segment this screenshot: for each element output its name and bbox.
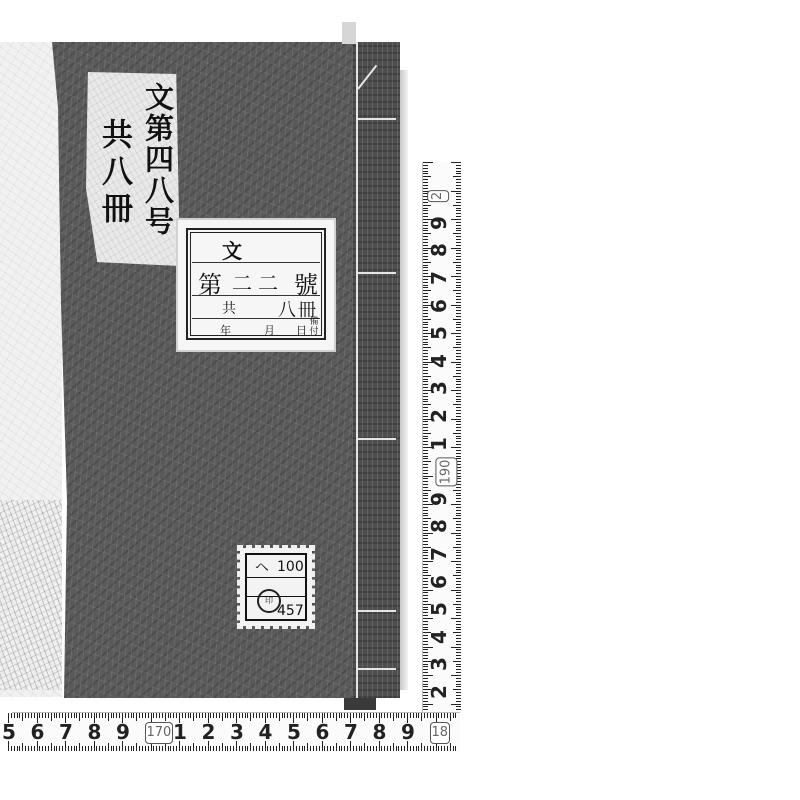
ruler-tick — [456, 441, 461, 442]
ruler-tick — [393, 713, 394, 721]
ruler-tick — [404, 713, 405, 718]
ruler-tick — [456, 350, 461, 351]
ruler-tick — [148, 713, 149, 718]
ruler-tick — [456, 578, 461, 579]
ruler-tick — [451, 248, 461, 249]
ruler-tick — [423, 467, 428, 468]
ruler-tick — [456, 607, 461, 608]
ruler-tick — [456, 253, 461, 254]
ruler-tick — [456, 524, 461, 525]
ruler-tick — [423, 399, 428, 400]
ruler-tick — [423, 373, 428, 374]
ruler-tick — [290, 713, 291, 718]
ruler-tick — [91, 746, 92, 751]
ruler-tick — [456, 678, 461, 679]
ruler-tick — [423, 267, 428, 268]
ruler-tick — [450, 713, 451, 721]
ruler-tick — [423, 513, 428, 514]
ruler-tick — [102, 713, 103, 718]
ruler-tick — [423, 424, 428, 425]
ruler-tick — [259, 746, 260, 751]
ruler-tick — [456, 324, 461, 325]
ruler-tick — [102, 746, 103, 751]
ruler-tick — [453, 490, 461, 491]
ruler-tick — [48, 713, 49, 718]
ruler-tick — [456, 373, 461, 374]
ruler-tick — [456, 515, 461, 516]
ruler-tick — [456, 635, 461, 636]
ruler-tick — [148, 746, 149, 751]
label-note: 備付 — [308, 317, 320, 337]
ruler-tick — [453, 290, 461, 291]
ruler-label: 3 — [429, 657, 449, 671]
label-day: 日 — [296, 322, 307, 338]
ruler-tick — [423, 376, 431, 377]
ruler-tick — [456, 182, 461, 183]
scanned-book-image: 文第四八号 共八冊 文 第 二 二 號 共 八冊 年 月 日 備付 — [0, 0, 800, 800]
ruler-tick — [456, 299, 461, 300]
ruler-tick — [441, 713, 442, 718]
ruler-tick — [273, 713, 274, 718]
ruler-tick — [131, 713, 132, 718]
ruler-tick — [373, 713, 374, 718]
ruler-tick — [227, 746, 228, 751]
binding-thread — [356, 610, 396, 612]
ruler-tick — [128, 746, 129, 751]
ruler-tick — [119, 713, 120, 718]
ruler-tick — [421, 713, 422, 721]
ruler-tick — [25, 713, 26, 718]
ruler-tick — [176, 746, 177, 751]
ruler-tick — [62, 746, 63, 751]
ruler-tick — [456, 367, 461, 368]
ruler-tick — [423, 213, 428, 214]
ruler-tick — [88, 746, 89, 751]
ruler-tick — [451, 533, 461, 534]
ruler-label: 4 — [429, 354, 449, 368]
ruler-tick — [361, 713, 362, 718]
ruler-tick — [31, 713, 32, 718]
ruler-tick — [456, 199, 461, 200]
ruler-tick — [451, 590, 461, 591]
ruler-tick — [25, 746, 26, 751]
ruler-tick — [344, 713, 345, 718]
ruler-tick — [456, 228, 461, 229]
ruler-tick — [456, 493, 461, 494]
ruler-tick — [438, 713, 439, 718]
ruler-tick — [456, 322, 461, 323]
ruler-tick — [456, 401, 461, 402]
ruler-tick — [17, 713, 18, 718]
ruler-tick — [451, 675, 461, 676]
ruler-tick — [88, 713, 89, 718]
ruler-tick — [193, 713, 194, 721]
ruler-label: 3 — [429, 381, 449, 395]
ruler-tick — [85, 746, 86, 751]
ruler-tick — [423, 205, 431, 206]
ruler-tick — [296, 713, 297, 718]
ruler-tick — [453, 661, 461, 662]
ruler-tick — [319, 713, 320, 718]
label-row-date: 年 月 日 備付 — [192, 319, 320, 339]
ruler-tick — [404, 746, 405, 751]
ruler-tick — [304, 746, 305, 751]
ruler-tick — [14, 713, 15, 718]
label-row-number: 第 二 二 號 — [192, 263, 320, 296]
ruler-tick — [62, 713, 63, 718]
ruler-tick — [451, 219, 461, 220]
ruler-tick — [456, 544, 461, 545]
ruler-tick — [56, 713, 57, 718]
ruler-tick — [441, 746, 442, 751]
ruler-tick — [456, 615, 461, 616]
ruler-label: 9 — [116, 722, 130, 742]
ruler-tick — [401, 713, 402, 718]
ruler-label: 9 — [429, 492, 449, 506]
ruler-tick — [396, 713, 397, 718]
ruler-tick — [456, 236, 461, 237]
ruler-tick — [423, 208, 428, 209]
ruler-tick — [225, 713, 226, 718]
ruler-tick — [364, 743, 365, 751]
ruler-label: 5 — [287, 722, 301, 742]
ruler-tick — [451, 419, 461, 420]
label-year: 年 — [220, 322, 231, 338]
ruler-tick — [423, 481, 428, 482]
ruler-tick — [423, 319, 431, 320]
ruler-tick — [373, 746, 374, 751]
ruler-tick — [451, 390, 461, 391]
ruler-tick — [456, 193, 461, 194]
ruler-tick — [384, 746, 385, 751]
book-spine — [352, 42, 400, 698]
ruler-tick — [453, 433, 461, 434]
ruler-tick — [456, 416, 461, 417]
ruler-tick — [424, 713, 425, 718]
ruler-tick — [456, 501, 461, 502]
ruler-tick — [423, 706, 428, 707]
ruler-tick — [423, 165, 428, 166]
ruler-label: 7 — [429, 547, 449, 561]
ruler-label: 2 — [427, 190, 449, 202]
ruler-tick — [456, 259, 461, 260]
ruler-tick — [262, 746, 263, 751]
ruler-tick — [423, 427, 428, 428]
seal-stamp-icon: 印 — [257, 589, 281, 613]
ruler-tick — [423, 322, 428, 323]
ruler-tick — [456, 521, 461, 522]
ruler-tick — [453, 518, 461, 519]
ruler-tick — [451, 276, 461, 277]
ruler-tick — [105, 713, 106, 718]
ruler-tick — [76, 713, 77, 718]
label-number-suffix: 號 — [294, 265, 318, 300]
ruler-tick — [423, 259, 428, 260]
ruler-tick — [307, 743, 308, 751]
ruler-tick — [423, 171, 428, 172]
ruler-tick — [71, 746, 72, 751]
ruler-tick — [456, 564, 461, 565]
ruler-tick — [188, 746, 189, 751]
ruler-tick — [256, 713, 257, 718]
ruler-tick — [185, 713, 186, 718]
ruler-tick — [14, 746, 15, 751]
ruler-tick — [418, 746, 419, 751]
label-frame: 文 第 二 二 號 共 八冊 年 月 日 備付 — [186, 228, 326, 340]
ruler-tick — [199, 746, 200, 751]
ruler-tick — [423, 675, 433, 676]
ruler-tick — [453, 547, 461, 548]
ruler-label: 7 — [344, 722, 358, 742]
ruler-tick — [456, 250, 461, 251]
binding-thread — [356, 118, 396, 120]
ruler-tick — [423, 262, 431, 263]
ruler-tick — [423, 590, 433, 591]
ruler-tick — [456, 310, 461, 311]
ruler-tick — [423, 647, 433, 648]
ruler-tick — [139, 713, 140, 718]
ruler-tick — [456, 313, 461, 314]
ruler-tick — [290, 746, 291, 751]
ruler-tick — [310, 746, 311, 751]
ruler-tick — [250, 713, 251, 721]
ruler-tick — [453, 604, 461, 605]
sticker-classification: ヘ — [255, 557, 269, 577]
ruler-tick — [168, 713, 169, 718]
ruler-label: 4 — [259, 722, 273, 742]
ruler-tick — [456, 692, 461, 693]
ruler-tick — [456, 709, 461, 710]
ruler-tick — [456, 487, 461, 488]
ruler-tick — [398, 713, 399, 718]
ruler-tick — [423, 433, 431, 434]
ruler-label: 7 — [59, 722, 73, 742]
ruler-tick — [456, 359, 461, 360]
ruler-tick — [423, 168, 428, 169]
ruler-tick — [145, 713, 146, 718]
spine-edge — [400, 70, 408, 690]
ruler-tick — [456, 316, 461, 317]
ruler-tick — [456, 672, 461, 673]
ruler-tick — [111, 713, 112, 718]
ruler-tick — [302, 713, 303, 718]
ruler-tick — [387, 713, 388, 718]
label-number-digit-1: 二 — [232, 267, 252, 296]
binding-thread — [356, 272, 396, 274]
ruler-tick — [423, 510, 428, 511]
ruler-tick — [11, 746, 12, 751]
ruler-tick — [28, 746, 29, 751]
ruler-label: 190 — [435, 458, 457, 487]
ruler-tick — [210, 746, 211, 751]
ruler-tick — [423, 316, 428, 317]
ruler-tick — [51, 743, 52, 751]
ruler-tick — [423, 544, 428, 545]
ruler-tick — [196, 713, 197, 718]
ruler-tick — [273, 746, 274, 751]
ruler-tick — [159, 746, 160, 751]
ruler-tick — [393, 743, 394, 751]
ruler-tick — [59, 713, 60, 718]
ruler-tick — [451, 305, 461, 306]
ruler-tick — [456, 649, 461, 650]
ruler-tick — [279, 743, 280, 751]
ruler-tick — [456, 535, 461, 536]
ruler-tick — [182, 713, 183, 718]
ruler-tick — [456, 658, 461, 659]
ruler-tick — [213, 746, 214, 751]
ruler-tick — [361, 746, 362, 751]
ruler-tick — [423, 290, 431, 291]
ruler-tick — [136, 743, 137, 751]
ruler-tick — [456, 307, 461, 308]
ruler-tick — [456, 185, 461, 186]
ruler-tick — [142, 713, 143, 718]
ruler-tick — [330, 713, 331, 718]
ruler-tick — [381, 746, 382, 751]
ruler-tick — [423, 627, 428, 628]
ruler-tick — [105, 746, 106, 751]
ruler-tick — [456, 510, 461, 511]
ruler-label: 6 — [429, 299, 449, 313]
ruler-tick — [456, 210, 461, 211]
ruler-tick — [423, 598, 428, 599]
ruler-tick — [76, 746, 77, 751]
ruler-tick — [423, 350, 428, 351]
ruler-label: 8 — [429, 243, 449, 257]
ruler-tick — [190, 713, 191, 718]
ruler-tick — [330, 746, 331, 751]
ruler-label: 6 — [316, 722, 330, 742]
ruler-tick — [185, 746, 186, 751]
ruler-tick — [455, 746, 456, 751]
ruler-tick — [423, 652, 428, 653]
ruler-tick — [456, 555, 461, 556]
ruler-tick — [139, 746, 140, 751]
ruler-tick — [423, 470, 428, 471]
ruler-tick — [423, 570, 428, 571]
ruler-tick — [111, 746, 112, 751]
ruler-tick — [176, 713, 177, 718]
ruler-tick — [456, 265, 461, 266]
ruler-tick — [423, 239, 428, 240]
ruler-tick — [456, 592, 461, 593]
ruler-tick — [74, 746, 75, 751]
ruler-tick — [304, 713, 305, 718]
ruler-tick — [456, 430, 461, 431]
ruler-tick — [456, 624, 461, 625]
ruler-tick — [99, 713, 100, 718]
ruler-label: 5 — [2, 722, 16, 742]
ruler-tick — [276, 746, 277, 751]
ruler-tick — [456, 438, 461, 439]
ruler-tick — [456, 399, 461, 400]
ruler-tick — [453, 632, 461, 633]
ruler-tick — [456, 421, 461, 422]
ruler-tick — [384, 713, 385, 718]
ruler-label: 6 — [31, 722, 45, 742]
ruler-label: 9 — [401, 722, 415, 742]
ruler-tick — [453, 262, 461, 263]
ruler-tick — [456, 655, 461, 656]
ruler-tick — [453, 689, 461, 690]
bottom-tab — [344, 698, 376, 710]
ruler-tick — [156, 746, 157, 751]
ruler-tick — [451, 333, 461, 334]
ruler-tick — [341, 713, 342, 718]
ruler-tick — [451, 504, 461, 505]
ruler-tick — [453, 319, 461, 320]
ruler-tick — [423, 535, 428, 536]
ruler-tick — [313, 746, 314, 751]
ruler-label: 8 — [88, 722, 102, 742]
ruler-tick — [51, 713, 52, 721]
ruler-tick — [28, 713, 29, 718]
title-slip-column-2: 共八冊 — [92, 118, 137, 229]
ruler-tick — [302, 746, 303, 751]
ruler-tick — [327, 746, 328, 751]
ruler-tick — [456, 695, 461, 696]
ruler-tick — [456, 230, 461, 231]
ruler-tick — [34, 713, 35, 718]
ruler-tick — [456, 638, 461, 639]
ruler-label: 8 — [373, 722, 387, 742]
ruler-tick — [71, 713, 72, 718]
ruler-tick — [456, 188, 461, 189]
ruler-tick — [279, 713, 280, 721]
ruler-tick — [247, 713, 248, 718]
ruler-tick — [423, 624, 428, 625]
ruler-tick — [451, 561, 461, 562]
ruler-tick — [456, 495, 461, 496]
ruler-tick — [253, 746, 254, 751]
ruler-tick — [456, 339, 461, 340]
ruler-tick — [444, 713, 445, 718]
label-category: 文 — [222, 235, 242, 264]
catalog-label: 文 第 二 二 號 共 八冊 年 月 日 備付 — [178, 220, 334, 350]
ruler-tick — [423, 162, 433, 163]
label-number-prefix: 第 — [198, 265, 222, 300]
ruler-tick — [456, 684, 461, 685]
ruler-tick — [456, 587, 461, 588]
ruler-tick — [418, 713, 419, 718]
ruler-tick — [296, 746, 297, 751]
ruler-tick — [423, 379, 428, 380]
ruler-tick — [339, 746, 340, 751]
ruler-tick — [42, 713, 43, 718]
ruler-tick — [456, 498, 461, 499]
ruler-tick — [11, 713, 12, 718]
ruler-tick — [456, 273, 461, 274]
ruler-tick — [423, 202, 428, 203]
ruler-tick — [456, 427, 461, 428]
top-tab — [342, 22, 356, 44]
ruler-tick — [119, 746, 120, 751]
ruler-tick — [456, 706, 461, 707]
ruler-tick — [287, 713, 288, 718]
ruler-tick — [456, 168, 461, 169]
ruler-tick — [96, 713, 97, 718]
ruler-tick — [456, 581, 461, 582]
ruler-tick — [423, 401, 428, 402]
ruler-tick — [456, 302, 461, 303]
ruler-tick — [456, 296, 461, 297]
ruler-tick — [188, 713, 189, 718]
ruler-tick — [427, 746, 428, 751]
ruler-tick — [68, 713, 69, 718]
ruler-tick — [136, 713, 137, 721]
call-number-sticker: ヘ 100 457 印 — [240, 548, 312, 626]
